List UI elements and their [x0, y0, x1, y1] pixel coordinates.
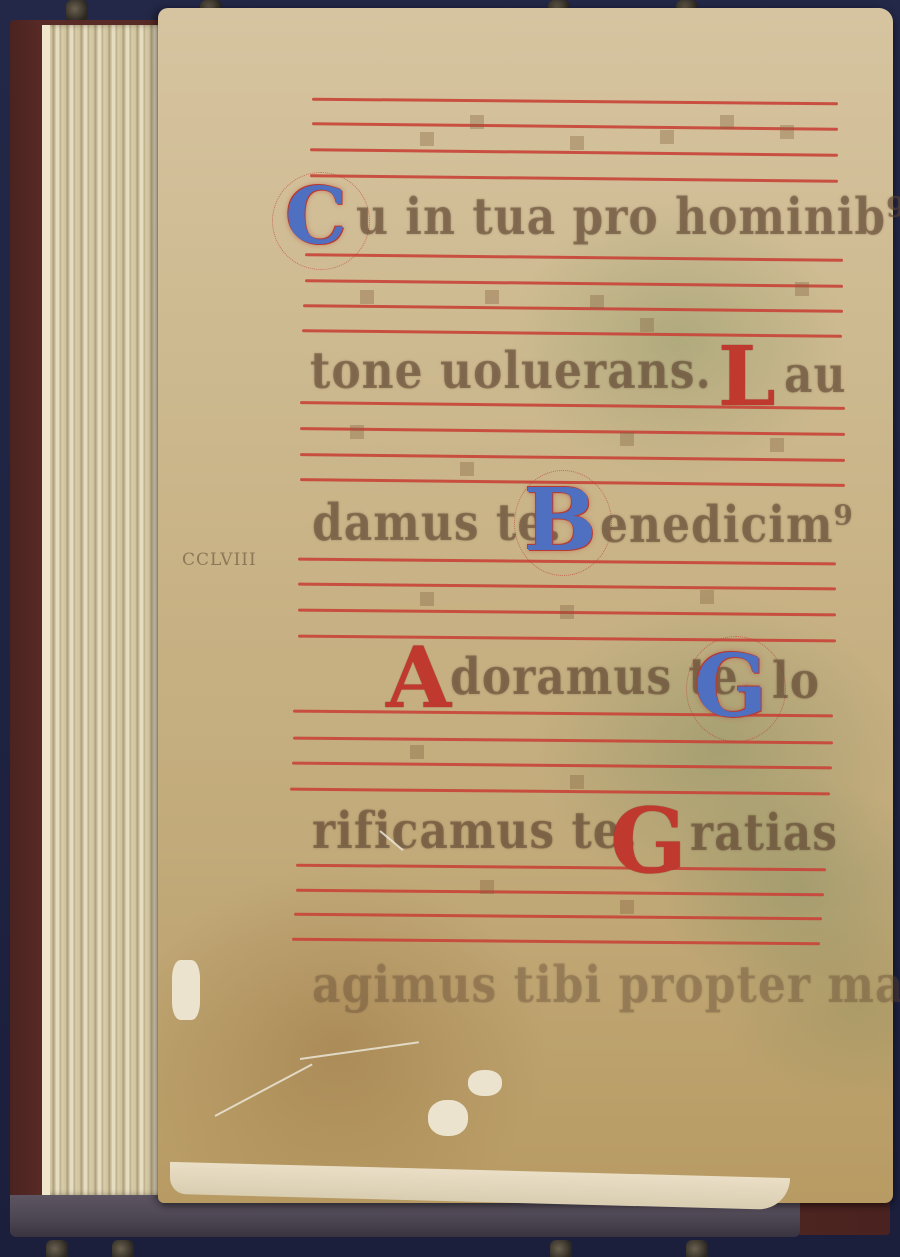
neume — [420, 592, 434, 606]
neume — [360, 290, 374, 304]
page-stack-edge — [42, 25, 50, 1195]
neume — [720, 115, 734, 129]
red-initial-a: A — [386, 636, 451, 720]
neume — [700, 590, 714, 604]
neume — [350, 425, 364, 439]
neume — [570, 775, 584, 789]
text-line-5: rificamus te. — [312, 802, 638, 861]
parchment-hole — [428, 1100, 468, 1136]
neume — [480, 880, 494, 894]
binding-clasp — [686, 1240, 708, 1257]
neume — [570, 136, 584, 150]
neume — [770, 438, 784, 452]
binding-clasp — [112, 1240, 134, 1257]
neume — [660, 130, 674, 144]
neume — [780, 125, 794, 139]
neume — [420, 132, 434, 146]
binding-clasp — [66, 0, 88, 22]
neume — [410, 745, 424, 759]
text-line-2: tone uoluerans. — [310, 342, 712, 401]
binding-clasp — [46, 1240, 68, 1257]
binding-clasp — [550, 1240, 572, 1257]
text-line-4-continuation: lo — [772, 652, 820, 711]
decorated-initial-g: G — [694, 644, 767, 730]
text-line-1: u in tua pro hominib⁹ — [356, 188, 900, 247]
text-line-2-continuation: au — [784, 346, 847, 405]
neume — [485, 290, 499, 304]
text-line-3-continuation: enedicim⁹ — [600, 496, 854, 555]
folio-number: CCLVIII — [182, 550, 257, 570]
text-line-5-continuation: ratias — [690, 804, 838, 863]
neume — [620, 432, 634, 446]
neume — [560, 605, 574, 619]
decorated-initial-b: B — [524, 478, 597, 564]
page-stack — [42, 25, 172, 1195]
red-initial-g: G — [610, 796, 687, 886]
text-line-6: agimus tibi propter magnam — [312, 956, 900, 1015]
parchment-tear — [172, 960, 200, 1020]
neume — [590, 295, 604, 309]
neume — [460, 462, 474, 476]
neume — [640, 318, 654, 332]
neume — [620, 900, 634, 914]
parchment-hole — [468, 1070, 502, 1096]
decorated-initial-c: C — [285, 178, 347, 256]
red-initial-l: L — [718, 336, 776, 418]
neume — [795, 282, 809, 296]
neume — [470, 115, 484, 129]
